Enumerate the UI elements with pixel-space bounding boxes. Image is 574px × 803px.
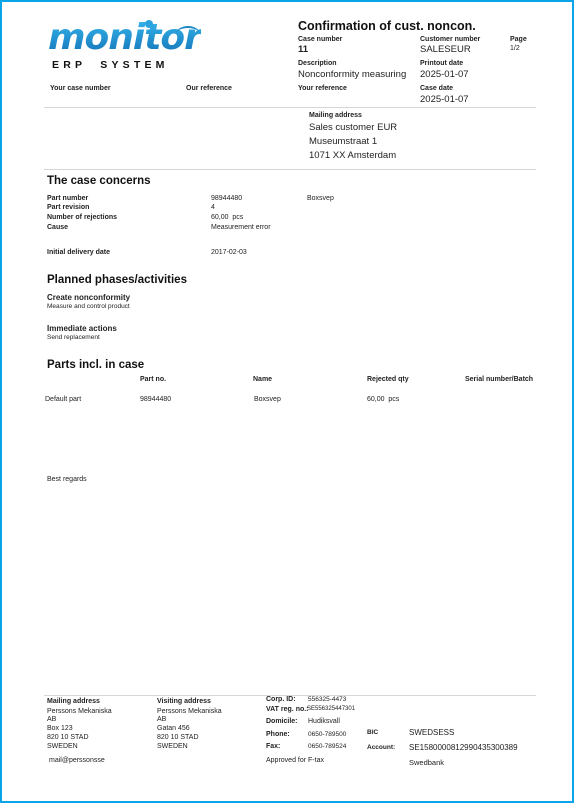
page-label: Page <box>510 36 527 43</box>
case-concerns-heading: The case concerns <box>47 175 151 187</box>
case-date: 2025-01-07 <box>420 94 469 105</box>
part-no: 98944480 <box>140 396 171 403</box>
phone-label: Phone: <box>266 731 290 738</box>
customer-number-label: Customer number <box>420 36 480 43</box>
phone: 0650-789500 <box>308 731 346 738</box>
domicile-label: Domicile: <box>266 718 298 725</box>
part-qty: 60,00 pcs <box>367 396 399 403</box>
footer-visiting-line: Perssons Mekaniska <box>157 708 222 715</box>
footer-visiting-line: SWEDEN <box>157 743 188 750</box>
col-rejected-qty: Rejected qty <box>367 376 409 383</box>
phase-detail: Measure and control product <box>47 303 130 310</box>
part-revision-value: 4 <box>211 204 215 211</box>
logo-subtitle: ERP SYSTEM <box>52 59 169 71</box>
account-label: Account: <box>367 744 395 751</box>
col-name: Name <box>253 376 272 383</box>
case-date-label: Case date <box>420 85 453 92</box>
corp-id-label: Corp. ID: <box>266 696 296 703</box>
initial-delivery-date: 2017-02-03 <box>211 249 247 256</box>
rejections-label: Number of rejections <box>47 214 117 221</box>
description: Nonconformity measuring <box>298 69 406 80</box>
document-title: Confirmation of cust. noncon. <box>298 19 476 33</box>
footer-mailing-line: 820 10 STAD <box>47 734 89 741</box>
part-revision-label: Part revision <box>47 204 89 211</box>
part-number-label: Part number <box>47 195 88 202</box>
bank-name: Swedbank <box>409 758 444 767</box>
col-part-no: Part no. <box>140 376 166 383</box>
account: SE1580000812990435300389 <box>409 743 518 752</box>
parts-heading: Parts incl. in case <box>47 359 144 371</box>
case-number-label: Case number <box>298 36 342 43</box>
your-reference-label: Your reference <box>298 85 347 92</box>
footer-visiting-line: AB <box>157 716 166 723</box>
part-name: Boxsvep <box>254 396 281 403</box>
fax: 0650-789524 <box>308 743 346 750</box>
page-number: 1/2 <box>510 45 520 52</box>
your-case-number-label: Your case number <box>50 85 111 92</box>
mailing-address-line: 1071 XX Amsterdam <box>309 150 396 161</box>
rejections-value: 60,00 pcs <box>211 214 243 221</box>
phase-title: Create nonconformity <box>47 293 130 302</box>
part-label: Default part <box>45 396 81 403</box>
part-number-value: 98944480 <box>211 195 242 202</box>
divider <box>44 169 536 170</box>
vat-number: SE556325447301 <box>307 706 355 712</box>
footer-visiting-line: 820 10 STAD <box>157 734 199 741</box>
mailing-address-line: Museumstraat 1 <box>309 136 377 147</box>
footer-visiting-line: Gatan 456 <box>157 725 190 732</box>
closing-text: Best regards <box>47 476 87 483</box>
our-reference-label: Our reference <box>186 85 232 92</box>
bic: SWEDSESS <box>409 728 454 737</box>
col-serial-batch: Serial number/Batch <box>465 376 533 383</box>
fax-label: Fax: <box>266 743 280 750</box>
initial-delivery-label: Initial delivery date <box>47 249 110 256</box>
footer-mailing-line: SWEDEN <box>47 743 78 750</box>
footer-mailing-line: AB <box>47 716 56 723</box>
phase-title: Immediate actions <box>47 324 117 333</box>
corp-id: 556325-4473 <box>308 696 346 703</box>
phase-detail: Send replacement <box>47 334 100 341</box>
footer-email[interactable]: mail@perssonsse <box>49 757 105 764</box>
footer-mailing-line: Box 123 <box>47 725 73 732</box>
logo-swoosh-icon <box>176 26 200 42</box>
cause-value: Measurement error <box>211 224 271 231</box>
mailing-address-label: Mailing address <box>309 112 362 119</box>
mailing-address-line: Sales customer EUR <box>309 122 397 133</box>
part-name-value: Boxsvep <box>307 195 334 202</box>
logo-dot-icon <box>145 20 153 28</box>
cause-label: Cause <box>47 224 68 231</box>
divider <box>44 107 536 108</box>
footer-visiting-label: Visiting address <box>157 698 211 705</box>
bic-label: BIC <box>367 729 378 736</box>
case-number: 11 <box>298 44 308 55</box>
printout-date: 2025-01-07 <box>420 69 469 80</box>
vat-label: VAT reg. no.: <box>266 706 309 713</box>
customer-number: SALESEUR <box>420 44 471 55</box>
domicile: Hudiksvall <box>308 718 340 725</box>
description-label: Description <box>298 60 337 67</box>
footer-mailing-label: Mailing address <box>47 698 100 705</box>
phases-heading: Planned phases/activities <box>47 274 187 286</box>
footer-mailing-line: Perssons Mekaniska <box>47 708 112 715</box>
printout-date-label: Printout date <box>420 60 463 67</box>
page-frame <box>0 0 574 803</box>
ftax-note: Approved for F-tax <box>266 757 324 764</box>
